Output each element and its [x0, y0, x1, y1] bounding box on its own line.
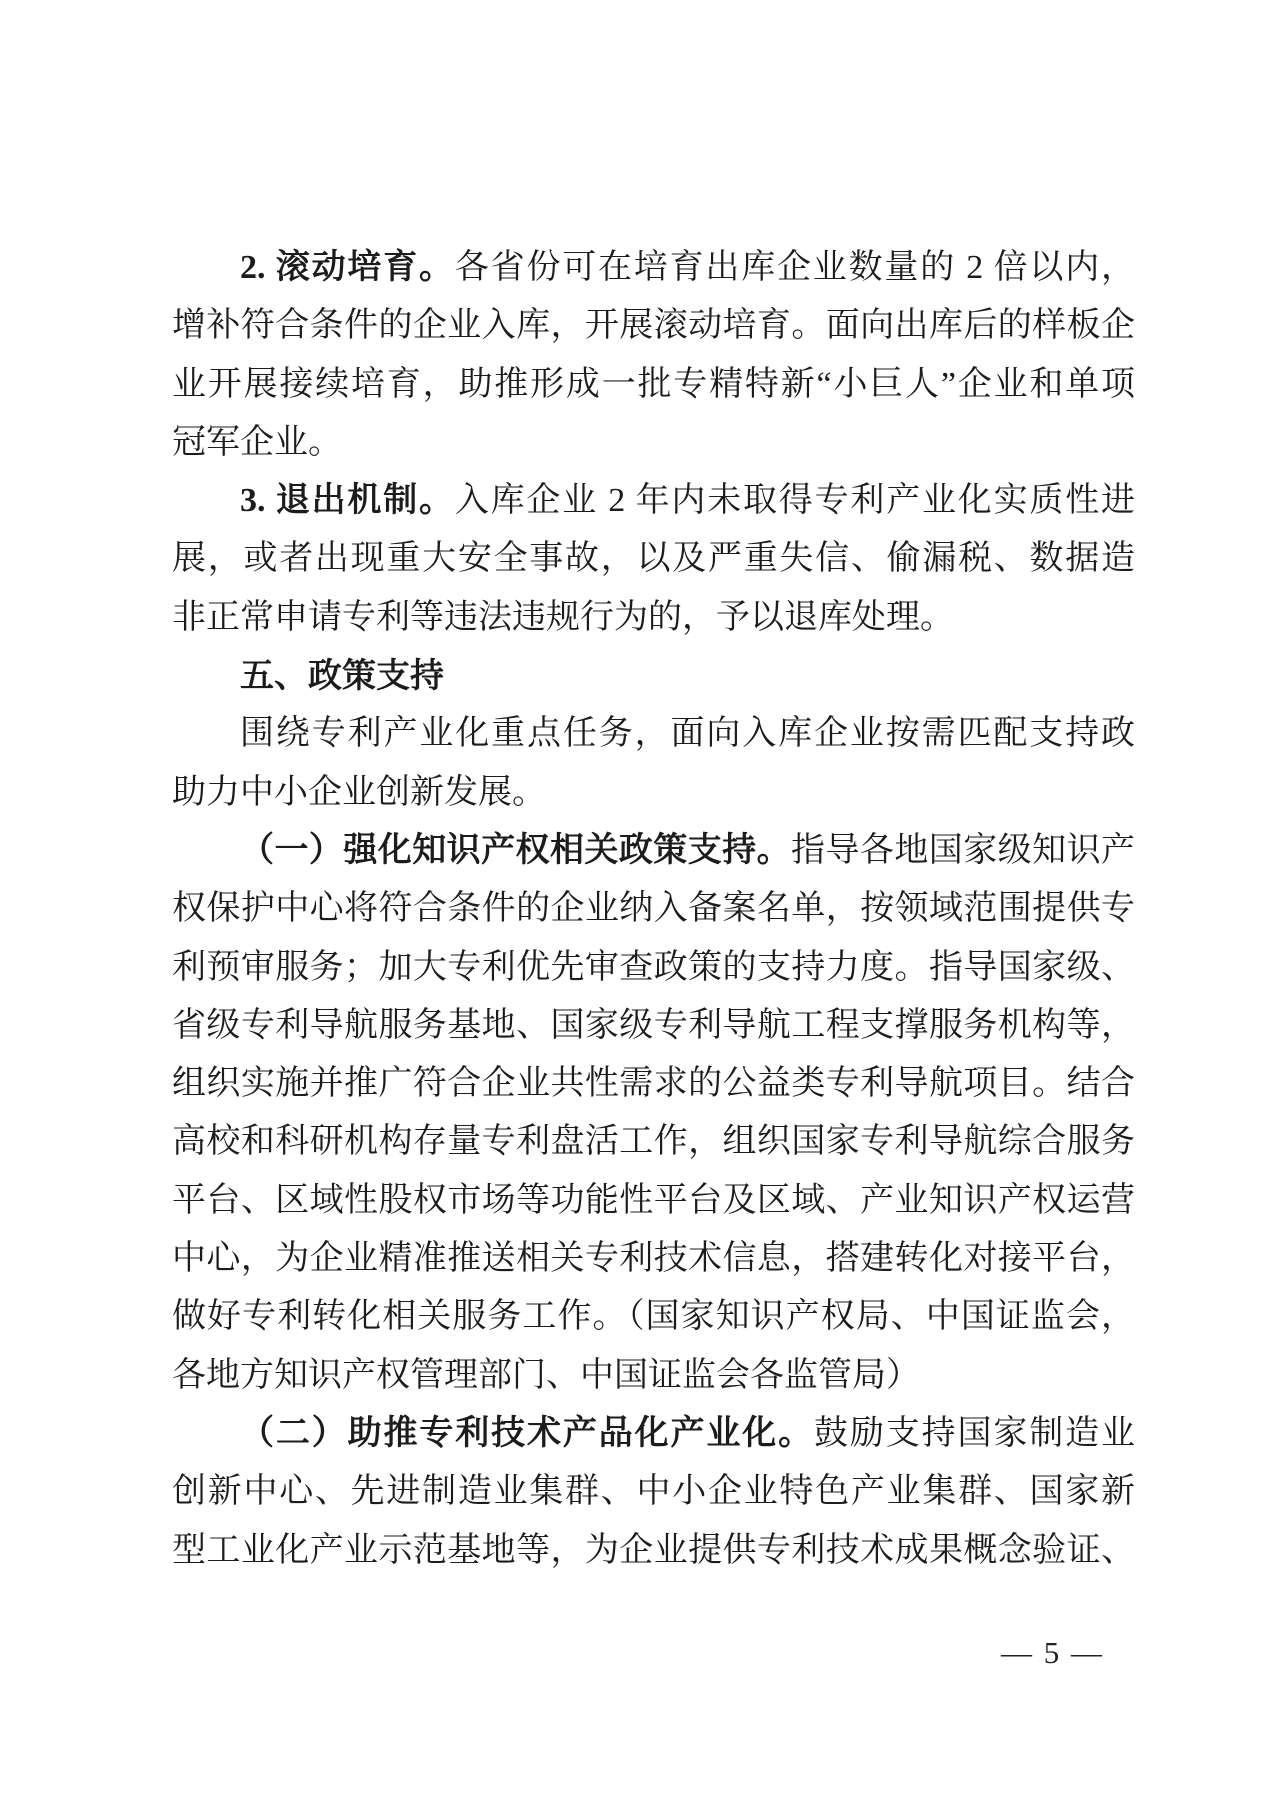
text-line: 3. 退出机制。入库企业 2 年内未取得专利产业化实质性进 — [172, 472, 1135, 530]
text-run: 鼓励支持国家制造业 — [814, 1415, 1135, 1452]
text-line: 围绕专利产业化重点任务，面向入库企业按需匹配支持政策， — [172, 705, 1135, 763]
text-line: 中心，为企业精准推送相关专利技术信息，搭建转化对接平台， — [172, 1230, 1135, 1288]
text-line: 2. 滚动培育。各省份可在培育出库企业数量的 2 倍以内， — [172, 239, 1135, 297]
text-run: 指导各地国家级知识产 — [791, 832, 1135, 869]
document-body: 2. 滚动培育。各省份可在培育出库企业数量的 2 倍以内，增补符合条件的企业入库… — [172, 239, 1135, 1580]
text-run: 中心，为企业精准推送相关专利技术信息，搭建转化对接平台， — [172, 1240, 1135, 1277]
text-line: 展，或者出现重大安全事故，以及严重失信、偷漏税、数据造假、 — [172, 530, 1135, 588]
text-line: 增补符合条件的企业入库，开展滚动培育。面向出库后的样板企 — [172, 297, 1135, 355]
text-run: 非正常申请专利等违法违规行为的，予以退库处理。 — [172, 599, 954, 636]
text-run: 展，或者出现重大安全事故，以及严重失信、偷漏税、数据造假、 — [172, 540, 1135, 588]
text-run: 业开展接续培育，助推形成一批专精特新“小巨人”企业和单项 — [172, 366, 1135, 403]
text-run: 平台、区域性股权市场等功能性平台及区域、产业知识产权运营 — [172, 1182, 1135, 1219]
text-run: 入库企业 2 年内未取得专利产业化实质性进 — [455, 482, 1135, 519]
text-line: （二）助推专利技术产品化产业化。鼓励支持国家制造业 — [172, 1405, 1135, 1463]
text-line: 利预审服务；加大专利优先审查政策的支持力度。指导国家级、 — [172, 939, 1135, 997]
bold-run: （一）强化知识产权相关政策支持。 — [240, 832, 791, 869]
bold-run: （二）助推专利技术产品化产业化。 — [240, 1415, 814, 1452]
text-line: 权保护中心将符合条件的企业纳入备案名单，按领域范围提供专 — [172, 880, 1135, 938]
text-run: 冠军企业。 — [172, 424, 342, 461]
text-line: 组织实施并推广符合企业共性需求的公益类专利导航项目。结合 — [172, 1055, 1135, 1113]
bold-run: 3. 退出机制。 — [240, 482, 455, 519]
page-footer: — 5 — — [1001, 1632, 1104, 1674]
text-run: 利预审服务；加大专利优先审查政策的支持力度。指导国家级、 — [172, 949, 1135, 986]
page-number: — 5 — — [1001, 1635, 1104, 1670]
text-line: 各地方知识产权管理部门、中国证监会各监管局） — [172, 1347, 1135, 1405]
text-run: 增补符合条件的企业入库，开展滚动培育。面向出库后的样板企 — [172, 307, 1135, 344]
text-line: 省级专利导航服务基地、国家级专利导航工程支撑服务机构等， — [172, 997, 1135, 1055]
text-run: 型工业化产业示范基地等，为企业提供专利技术成果概念验证、 — [172, 1532, 1135, 1569]
text-line: 非正常申请专利等违法违规行为的，予以退库处理。 — [172, 589, 1135, 647]
text-run: 组织实施并推广符合企业共性需求的公益类专利导航项目。结合 — [172, 1065, 1135, 1102]
text-run: 权保护中心将符合条件的企业纳入备案名单，按领域范围提供专 — [172, 890, 1135, 927]
text-line: 平台、区域性股权市场等功能性平台及区域、产业知识产权运营 — [172, 1172, 1135, 1230]
text-line: 高校和科研机构存量专利盘活工作，组织国家专利导航综合服务 — [172, 1113, 1135, 1171]
text-run: 做好专利转化相关服务工作。（国家知识产权局、中国证监会， — [172, 1298, 1135, 1335]
text-line: 做好专利转化相关服务工作。（国家知识产权局、中国证监会， — [172, 1288, 1135, 1346]
text-run: 各地方知识产权管理部门、中国证监会各监管局） — [172, 1357, 920, 1394]
text-run: 各省份可在培育出库企业数量的 2 倍以内， — [455, 249, 1135, 286]
text-run: 创新中心、先进制造业集群、中小企业特色产业集群、国家新 — [172, 1473, 1135, 1510]
section-heading: 五、政策支持 — [172, 647, 1135, 705]
text-line: 冠军企业。 — [172, 414, 1135, 472]
document-page: 2. 滚动培育。各省份可在培育出库企业数量的 2 倍以内，增补符合条件的企业入库… — [0, 0, 1280, 1810]
text-line: 创新中心、先进制造业集群、中小企业特色产业集群、国家新 — [172, 1463, 1135, 1521]
text-run: 高校和科研机构存量专利盘活工作，组织国家专利导航综合服务 — [172, 1123, 1135, 1160]
text-run: 省级专利导航服务基地、国家级专利导航工程支撑服务机构等， — [172, 1007, 1135, 1044]
text-run: 围绕专利产业化重点任务，面向入库企业按需匹配支持政策， — [172, 715, 1135, 763]
text-run: 助力中小企业创新发展。 — [172, 774, 546, 811]
text-line: 助力中小企业创新发展。 — [172, 764, 1135, 822]
bold-run: 五、政策支持 — [240, 657, 444, 695]
text-line: 型工业化产业示范基地等，为企业提供专利技术成果概念验证、 — [172, 1522, 1135, 1580]
bold-run: 2. 滚动培育。 — [240, 249, 455, 286]
text-line: （一）强化知识产权相关政策支持。指导各地国家级知识产 — [172, 822, 1135, 880]
text-line: 业开展接续培育，助推形成一批专精特新“小巨人”企业和单项 — [172, 356, 1135, 414]
